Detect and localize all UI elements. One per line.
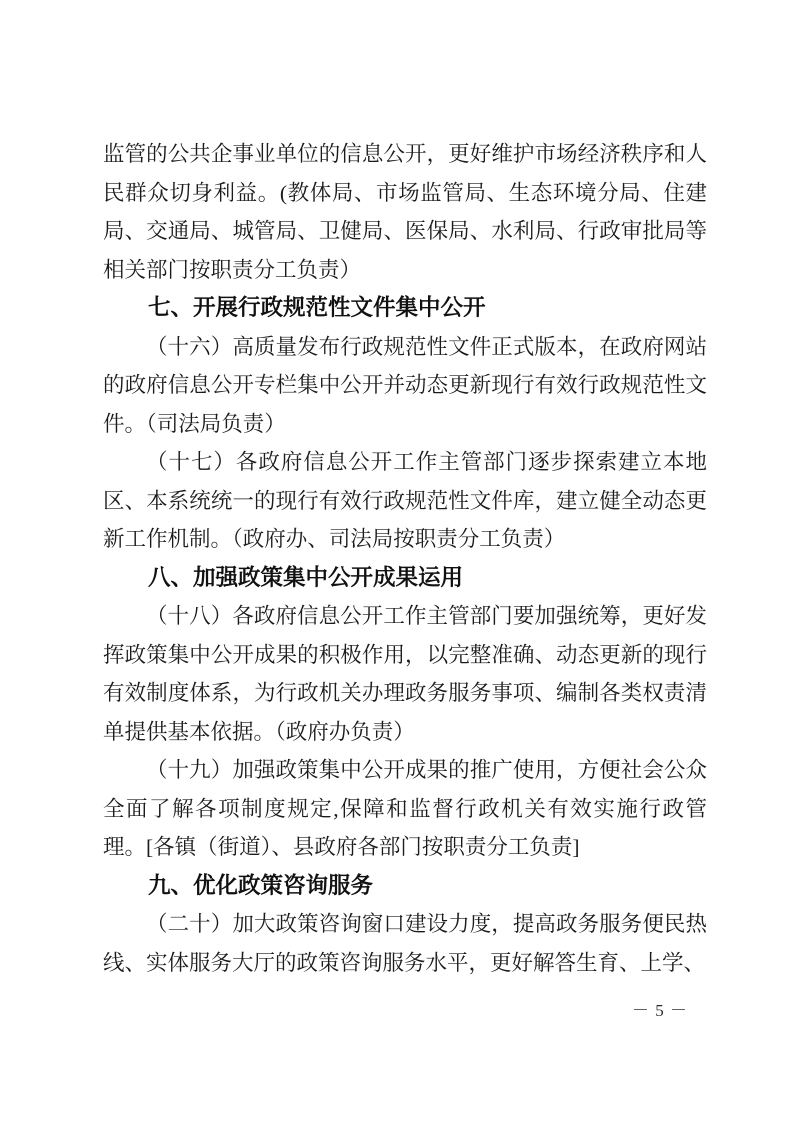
section-heading-8: 八、加强政策集中公开成果运用 xyxy=(103,559,707,598)
document-page: 监管的公共企事业单位的信息公开，更好维护市场经济秩序和人民群众切身利益。(教体局… xyxy=(0,0,793,1122)
paragraph-18: （十八）各政府信息公开工作主管部门要加强统筹，更好发挥政策集中公开成果的积极作用… xyxy=(103,597,707,751)
paragraph-16: （十六）高质量发布行政规范性文件正式版本，在政府网站的政府信息公开专栏集中公开并… xyxy=(103,328,707,444)
document-body: 监管的公共企事业单位的信息公开，更好维护市场经济秩序和人民群众切身利益。(教体局… xyxy=(103,135,707,982)
paragraph-19: （十九）加强政策集中公开成果的推广使用，方便社会公众全面了解各项制度规定,保障和… xyxy=(103,751,707,867)
paragraph-20: （二十）加大政策咨询窗口建设力度，提高政务服务便民热线、实体服务大厅的政策咨询服… xyxy=(103,905,707,982)
section-heading-7: 七、开展行政规范性文件集中公开 xyxy=(103,289,707,328)
paragraph-17: （十七）各政府信息公开工作主管部门逐步探索建立本地区、本系统统一的现行有效行政规… xyxy=(103,443,707,559)
paragraph-continuation: 监管的公共企事业单位的信息公开，更好维护市场经济秩序和人民群众切身利益。(教体局… xyxy=(103,135,707,289)
section-heading-9: 九、优化政策咨询服务 xyxy=(103,867,707,906)
page-number: － 5 － xyxy=(600,998,720,1024)
